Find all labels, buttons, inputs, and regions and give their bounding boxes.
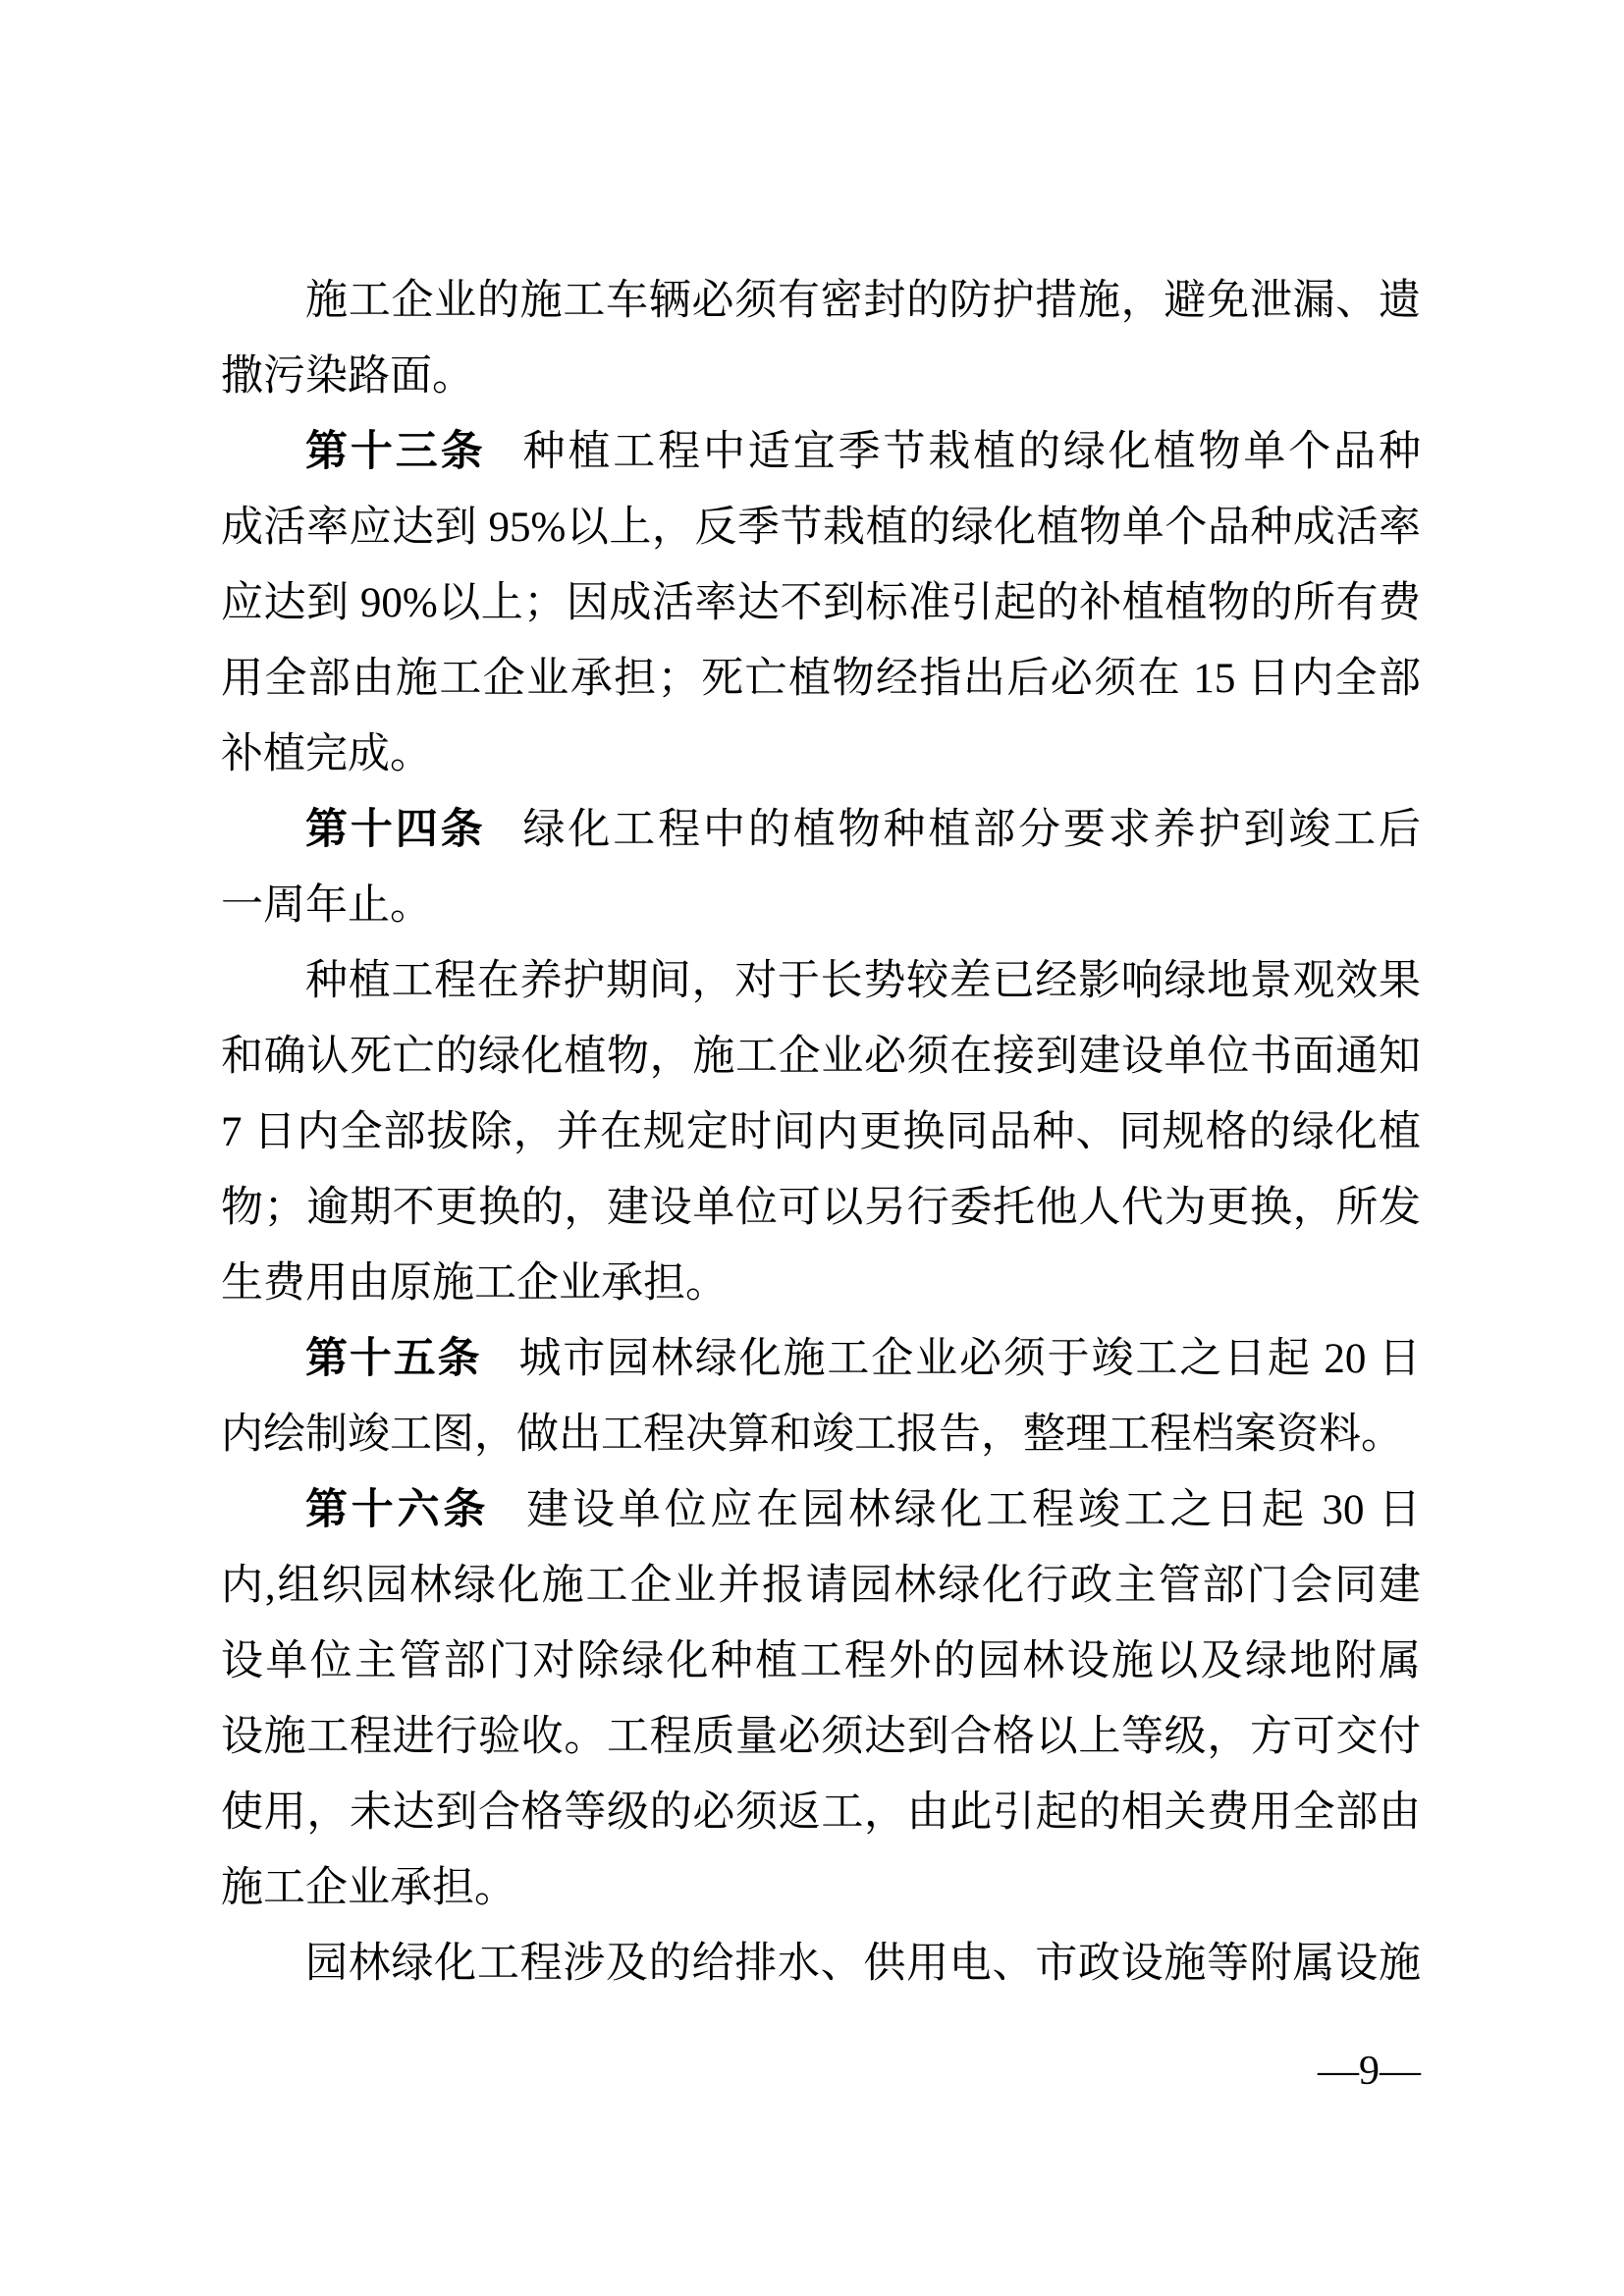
line-text: 设单位主管部门对除绿化种植工程外的园林设施以及绿地附属 bbox=[221, 1638, 1421, 1684]
line-text: 成活率应达到 95%以上，反季节栽植的绿化植物单个品种成活率 bbox=[221, 505, 1421, 551]
line-text: 和确认死亡的绿化植物，施工企业必须在接到建设单位书面通知 bbox=[221, 1034, 1421, 1080]
paragraph-line: 园林绿化工程涉及的给排水、供用电、市政设施等附属设施 bbox=[221, 1926, 1421, 2002]
article-14-heading-line: 第十四条绿化工程中的植物种植部分要求养护到竣工后 bbox=[221, 792, 1421, 868]
article-13-number: 第十三条 bbox=[305, 428, 485, 475]
article-13-heading-line: 第十三条种植工程中适宜季节栽植的绿化植物单个品种 bbox=[221, 414, 1421, 490]
line-text: 使用，未达到合格等级的必须返工，由此引起的相关费用全部由 bbox=[221, 1789, 1421, 1836]
paragraph-line: 和确认死亡的绿化植物，施工企业必须在接到建设单位书面通知 bbox=[221, 1019, 1421, 1095]
article-15-number: 第十五条 bbox=[305, 1335, 481, 1382]
line-text: 补植完成。 bbox=[221, 731, 432, 777]
paragraph-line: 种植工程在养护期间，对于长势较差已经影响绿地景观效果 bbox=[221, 943, 1421, 1019]
line-text: 应达到 90%以上；因成活率达不到标准引起的补植植物的所有费 bbox=[221, 580, 1421, 626]
article-16-heading-line: 第十六条建设单位应在园林绿化工程竣工之日起 30 日 bbox=[221, 1472, 1421, 1548]
paragraph-line: 7 日内全部拔除，并在规定时间内更换同品种、同规格的绿化植 bbox=[221, 1095, 1421, 1170]
document-body: 施工企业的施工车辆必须有密封的防护措施，避免泄漏、遗 撒污染路面。 第十三条种植… bbox=[221, 263, 1421, 2002]
paragraph-line: 设单位主管部门对除绿化种植工程外的园林设施以及绿地附属 bbox=[221, 1624, 1421, 1699]
paragraph-line: 成活率应达到 95%以上，反季节栽植的绿化植物单个品种成活率 bbox=[221, 490, 1421, 565]
paragraph-line: 施工企业的施工车辆必须有密封的防护措施，避免泄漏、遗 bbox=[221, 263, 1421, 339]
line-text: 物；逾期不更换的，建设单位可以另行委托他人代为更换，所发 bbox=[221, 1185, 1421, 1231]
document-page: 施工企业的施工车辆必须有密封的防护措施，避免泄漏、遗 撒污染路面。 第十三条种植… bbox=[0, 0, 1624, 2296]
line-text: 绿化工程中的植物种植部分要求养护到竣工后 bbox=[522, 807, 1421, 853]
line-text: 种植工程中适宜季节栽植的绿化植物单个品种 bbox=[522, 429, 1421, 475]
line-text: 园林绿化工程涉及的给排水、供用电、市政设施等附属设施 bbox=[305, 1941, 1421, 1987]
paragraph-line: 用全部由施工企业承担；死亡植物经指出后必须在 15 日内全部 bbox=[221, 641, 1421, 717]
paragraph-line: 撒污染路面。 bbox=[221, 339, 1421, 414]
line-text: 生费用由原施工企业承担。 bbox=[221, 1260, 728, 1307]
line-text: 一周年止。 bbox=[221, 882, 432, 929]
paragraph-line: 使用，未达到合格等级的必须返工，由此引起的相关费用全部由 bbox=[221, 1775, 1421, 1850]
paragraph-line: 内,组织园林绿化施工企业并报请园林绿化行政主管部门会同建 bbox=[221, 1548, 1421, 1624]
line-text: 种植工程在养护期间，对于长势较差已经影响绿地景观效果 bbox=[305, 958, 1421, 1004]
page-number: —9— bbox=[221, 2047, 1421, 2096]
paragraph-line: 应达到 90%以上；因成活率达不到标准引起的补植植物的所有费 bbox=[221, 565, 1421, 641]
paragraph-line: 生费用由原施工企业承担。 bbox=[221, 1246, 1421, 1321]
line-text: 内绘制竣工图，做出工程决算和竣工报告，整理工程档案资料。 bbox=[221, 1412, 1403, 1458]
line-text: 内,组织园林绿化施工企业并报请园林绿化行政主管部门会同建 bbox=[221, 1563, 1421, 1609]
line-text: 用全部由施工企业承担；死亡植物经指出后必须在 15 日内全部 bbox=[221, 656, 1421, 702]
line-text: 城市园林绿化施工企业必须于竣工之日起 20 日 bbox=[518, 1336, 1421, 1382]
line-text: 设施工程进行验收。工程质量必须达到合格以上等级，方可交付 bbox=[221, 1714, 1421, 1760]
line-text: 建设单位应在园林绿化工程竣工之日起 30 日 bbox=[526, 1487, 1421, 1533]
article-14-number: 第十四条 bbox=[305, 806, 485, 853]
article-15-heading-line: 第十五条城市园林绿化施工企业必须于竣工之日起 20 日 bbox=[221, 1321, 1421, 1397]
article-16-number: 第十六条 bbox=[305, 1486, 489, 1533]
paragraph-line: 物；逾期不更换的，建设单位可以另行委托他人代为更换，所发 bbox=[221, 1170, 1421, 1246]
line-text: 施工企业的施工车辆必须有密封的防护措施，避免泄漏、遗 bbox=[305, 278, 1421, 324]
paragraph-line: 补植完成。 bbox=[221, 717, 1421, 792]
paragraph-line: 一周年止。 bbox=[221, 868, 1421, 943]
line-text: 撒污染路面。 bbox=[221, 353, 474, 400]
paragraph-line: 设施工程进行验收。工程质量必须达到合格以上等级，方可交付 bbox=[221, 1699, 1421, 1775]
paragraph-line: 施工企业承担。 bbox=[221, 1850, 1421, 1926]
line-text: 施工企业承担。 bbox=[221, 1865, 516, 1911]
line-text: 7 日内全部拔除，并在规定时间内更换同品种、同规格的绿化植 bbox=[221, 1109, 1421, 1155]
paragraph-line: 内绘制竣工图，做出工程决算和竣工报告，整理工程档案资料。 bbox=[221, 1397, 1421, 1472]
